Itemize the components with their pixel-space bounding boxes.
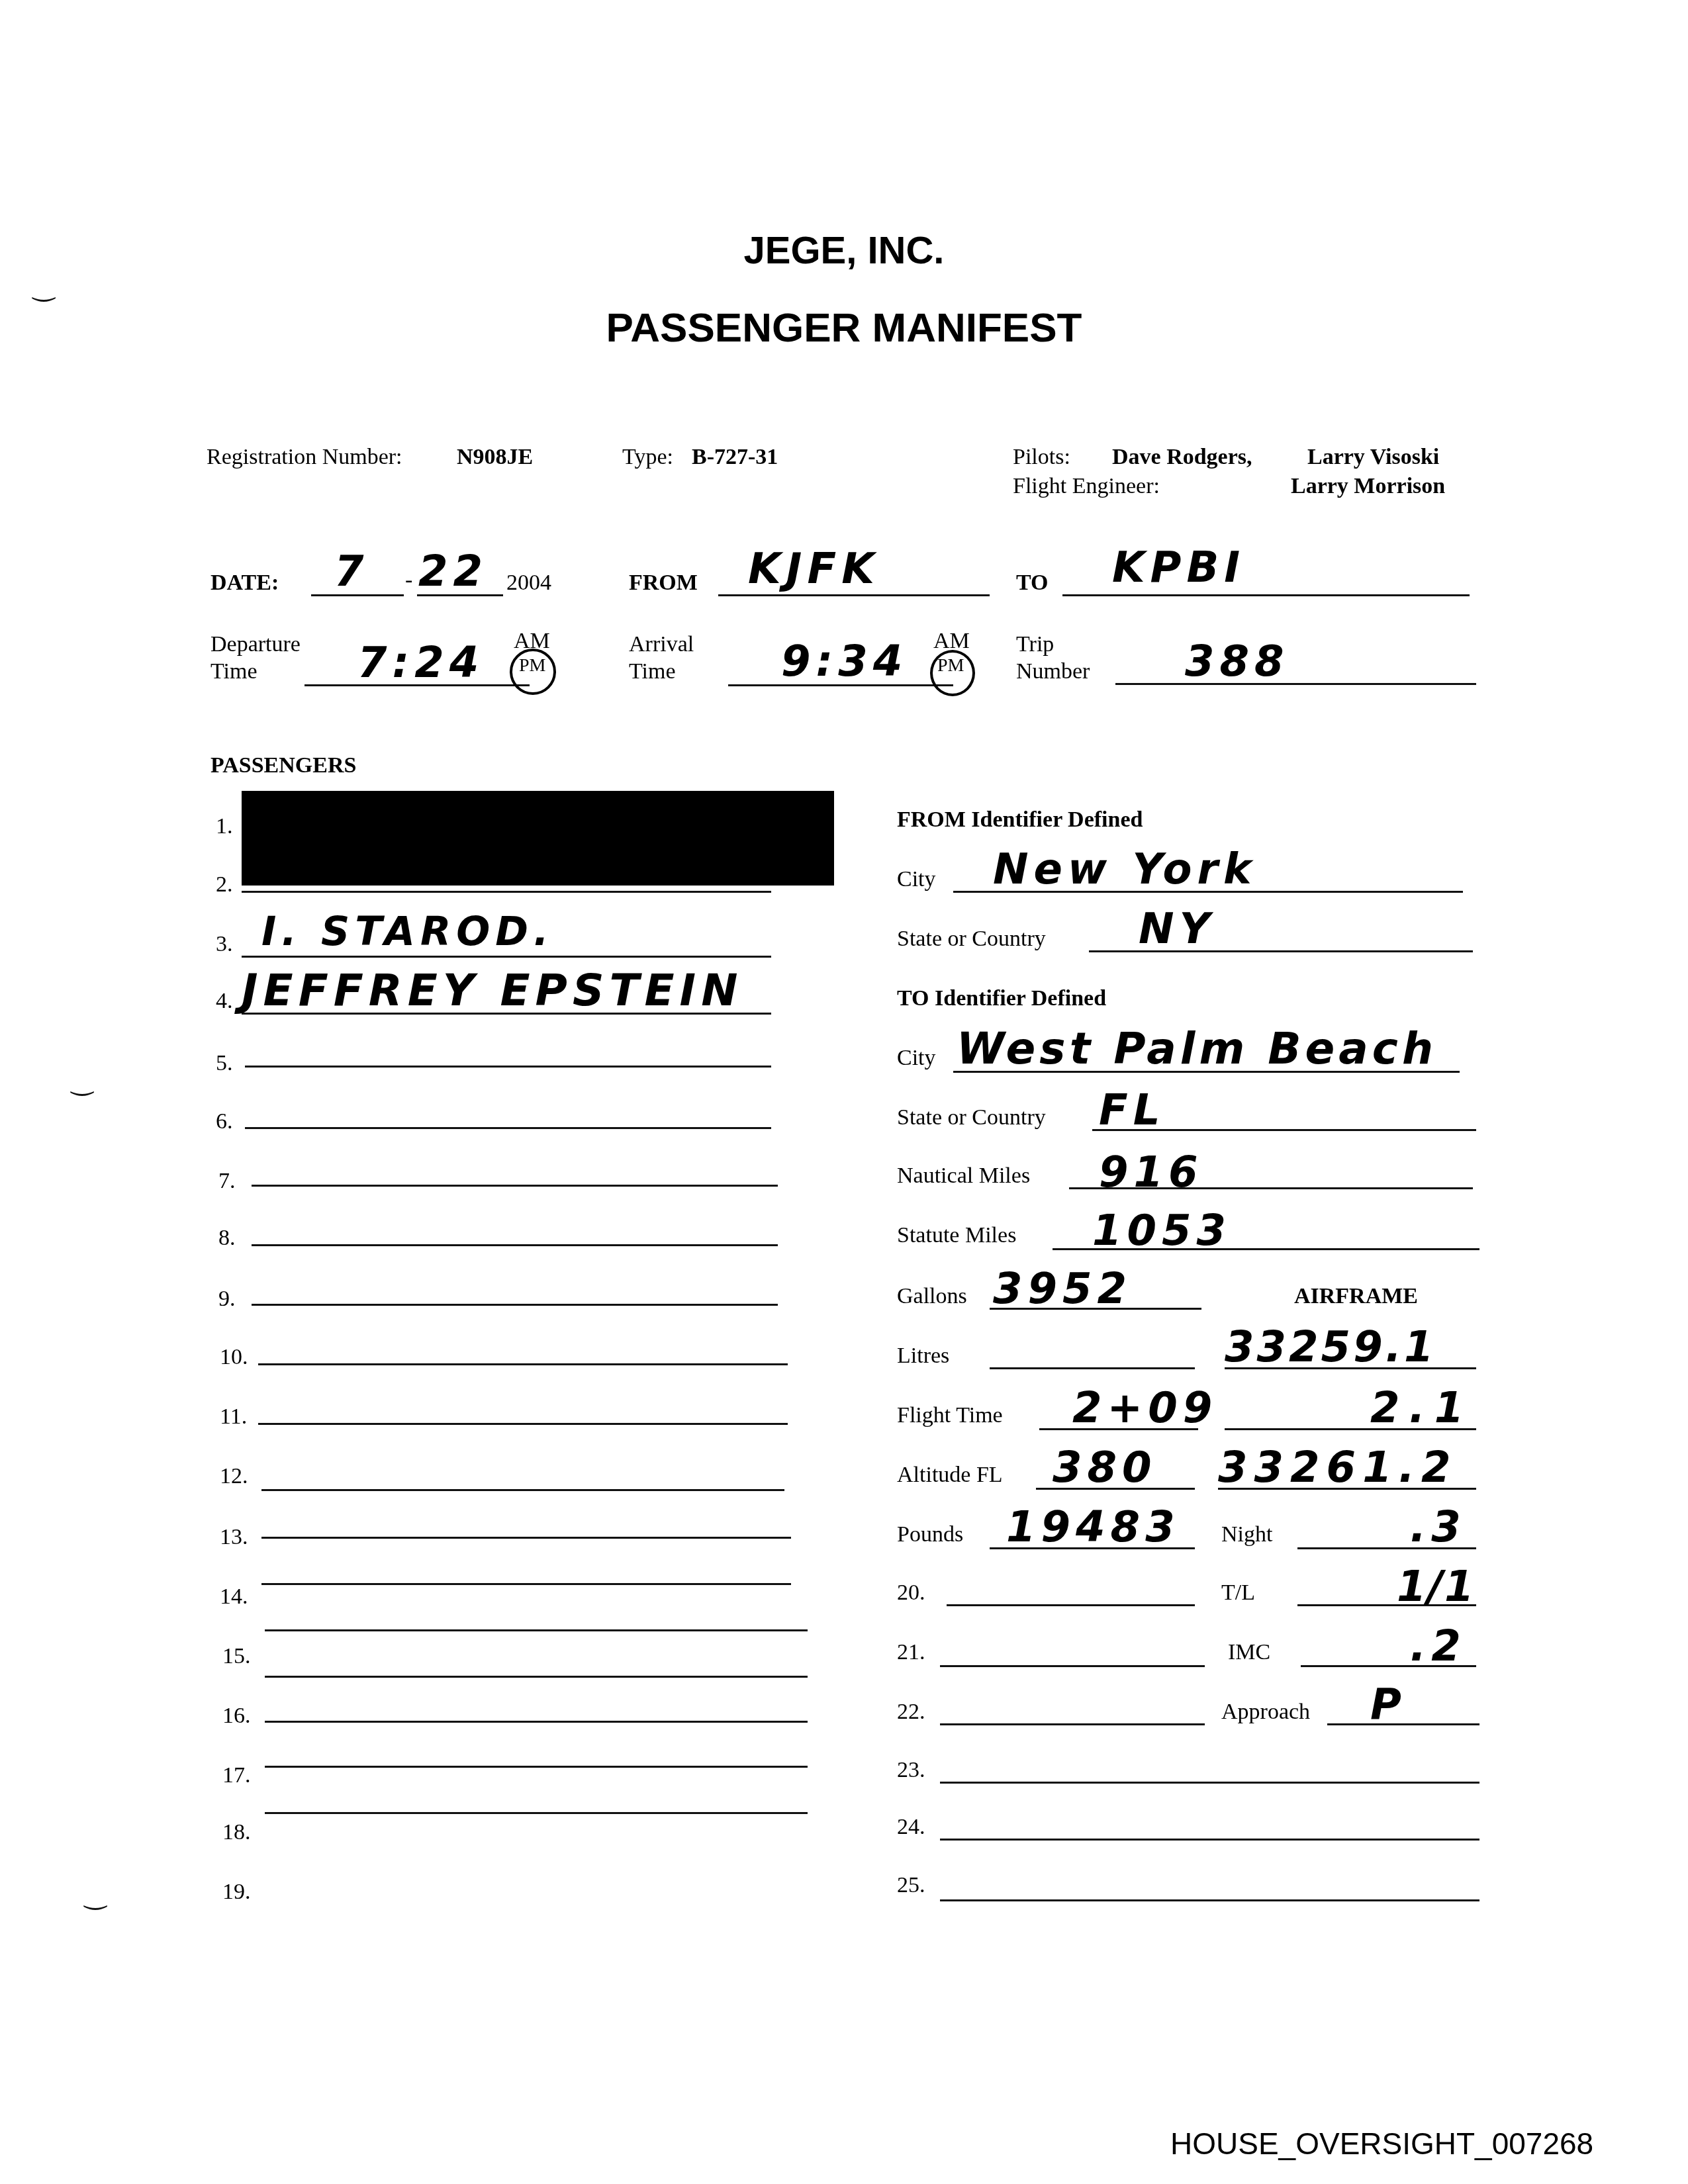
pilots-label: Pilots:: [1013, 445, 1070, 470]
redaction-box: [242, 791, 834, 886]
pilot-1: Dave Rodgers,: [1112, 445, 1252, 470]
engineer-value: Larry Morrison: [1291, 474, 1445, 499]
scan-mark: ‿: [85, 1880, 106, 1911]
arrival-label-2: Time: [629, 659, 676, 684]
statute-miles-value[interactable]: 1053: [1092, 1210, 1231, 1252]
to-state-value[interactable]: FL: [1099, 1089, 1166, 1132]
passenger-line-10[interactable]: [258, 1363, 788, 1365]
passenger-line-13[interactable]: [261, 1537, 791, 1539]
litres-label: Litres: [897, 1343, 949, 1369]
extra-number: 24.: [897, 1815, 925, 1840]
passenger-line-11[interactable]: [258, 1423, 788, 1425]
departure-label-2: Time: [211, 659, 258, 684]
altitude-value[interactable]: 380: [1053, 1447, 1157, 1489]
passenger-number: 11.: [220, 1404, 247, 1430]
from-state-label: State or Country: [897, 927, 1046, 952]
passenger-line-15[interactable]: [265, 1629, 808, 1631]
passenger-line-8[interactable]: [252, 1244, 778, 1246]
passenger-number: 1.: [216, 814, 233, 839]
passenger-3-name[interactable]: I. STAROD.: [261, 912, 554, 952]
passenger-line-6[interactable]: [245, 1127, 771, 1129]
extra-number: 20.: [897, 1580, 925, 1606]
approach-label: Approach: [1221, 1700, 1310, 1725]
registration-label: Registration Number:: [207, 445, 402, 470]
to-label: TO: [1016, 570, 1049, 596]
airframe-end-value[interactable]: 33261.2: [1218, 1447, 1458, 1489]
passenger-line-14[interactable]: [261, 1583, 791, 1585]
date-separator: -: [405, 568, 412, 593]
passenger-line-12[interactable]: [261, 1489, 784, 1491]
passenger-number: 4.: [216, 989, 233, 1014]
passenger-line-16[interactable]: [265, 1676, 808, 1678]
gallons-label: Gallons: [897, 1284, 967, 1309]
imc-label: IMC: [1228, 1640, 1270, 1665]
to-city-label: City: [897, 1046, 936, 1071]
extra-line-25[interactable]: [940, 1899, 1479, 1901]
passenger-line-18[interactable]: [265, 1766, 808, 1768]
passenger-number: 16.: [222, 1704, 251, 1729]
extra-number: 22.: [897, 1700, 925, 1725]
passenger-number: 17.: [222, 1763, 251, 1788]
from-label: FROM: [629, 570, 698, 596]
litres-field[interactable]: [990, 1367, 1195, 1369]
imc-value[interactable]: .2: [1410, 1625, 1466, 1668]
flight-time-label: Flight Time: [897, 1403, 1003, 1428]
extra-line-22[interactable]: [940, 1723, 1205, 1725]
passenger-number: 14.: [220, 1584, 248, 1610]
nautical-miles-label: Nautical Miles: [897, 1163, 1030, 1189]
passenger-line-17[interactable]: [265, 1721, 808, 1723]
extra-number: 23.: [897, 1758, 925, 1783]
extra-line-20[interactable]: [947, 1604, 1195, 1606]
night-label: Night: [1221, 1522, 1272, 1547]
passenger-number: 18.: [222, 1820, 251, 1845]
arrival-label-1: Arrival: [629, 632, 694, 657]
extra-line-23[interactable]: [940, 1782, 1479, 1784]
pounds-label: Pounds: [897, 1522, 963, 1547]
from-identifier-heading: FROM Identifier Defined: [897, 807, 1143, 833]
extra-line-24[interactable]: [940, 1839, 1479, 1841]
passenger-number: 10.: [220, 1345, 248, 1370]
passenger-number: 5.: [216, 1051, 233, 1076]
passenger-number: 15.: [222, 1644, 251, 1669]
passenger-number: 3.: [216, 932, 233, 957]
from-city-label: City: [897, 867, 936, 892]
to-state-label: State or Country: [897, 1105, 1046, 1130]
pounds-value[interactable]: 19483: [1006, 1506, 1180, 1549]
to-city-value[interactable]: West Palm Beach: [957, 1027, 1437, 1071]
company-name: JEGE, INC.: [0, 228, 1688, 273]
passenger-number: 7.: [218, 1169, 236, 1194]
airframe-heading: AIRFRAME: [1294, 1284, 1418, 1309]
type-value: B-727-31: [692, 445, 778, 470]
trip-number[interactable]: 388: [1185, 641, 1289, 683]
gallons-value[interactable]: 3952: [993, 1268, 1132, 1310]
altitude-label: Altitude FL: [897, 1463, 1003, 1488]
passenger-number: 19.: [222, 1880, 251, 1905]
arrival-pm-selected-circle: [930, 650, 975, 696]
scan-mark: ‿: [33, 271, 54, 302]
approach-value[interactable]: P: [1370, 1684, 1407, 1726]
from-city-value[interactable]: New York: [993, 848, 1257, 891]
passenger-line-7[interactable]: [252, 1185, 778, 1187]
nautical-miles-value[interactable]: 916: [1099, 1152, 1203, 1194]
passenger-number: 8.: [218, 1226, 236, 1251]
extra-number: 21.: [897, 1640, 925, 1665]
airframe-time-value[interactable]: 2.1: [1370, 1387, 1473, 1430]
passenger-number: 2.: [216, 872, 233, 897]
departure-pm-selected-circle: [510, 649, 556, 695]
date-month[interactable]: 7: [334, 551, 369, 593]
tl-value[interactable]: 1/1: [1397, 1566, 1475, 1608]
bates-number: HOUSE_OVERSIGHT_007268: [1170, 2126, 1593, 2161]
passenger-line-9[interactable]: [252, 1304, 778, 1306]
passenger-number: 6.: [216, 1109, 233, 1134]
passenger-4-name[interactable]: JEFFREY EPSTEIN: [242, 969, 743, 1013]
to-identifier-heading: TO Identifier Defined: [897, 986, 1106, 1011]
passenger-number: 12.: [220, 1464, 248, 1489]
flight-time-value[interactable]: 2+09: [1072, 1387, 1217, 1430]
type-label: Type:: [622, 445, 673, 470]
departure-label-1: Departure: [211, 632, 301, 657]
night-value[interactable]: .3: [1410, 1506, 1466, 1549]
form-title: PASSENGER MANIFEST: [0, 304, 1688, 351]
pilot-2: Larry Visoski: [1307, 445, 1439, 470]
trip-label-2: Number: [1016, 659, 1090, 684]
trip-label-1: Trip: [1016, 632, 1054, 657]
passengers-heading: PASSENGERS: [211, 753, 356, 778]
date-year: 2004: [506, 570, 551, 596]
engineer-label: Flight Engineer:: [1013, 474, 1160, 499]
passenger-line-19[interactable]: [265, 1812, 808, 1814]
passenger-line-5[interactable]: [245, 1066, 771, 1068]
scan-mark: ‿: [71, 1066, 93, 1097]
extra-number: 25.: [897, 1873, 925, 1898]
date-label: DATE:: [211, 570, 279, 596]
from-state-value[interactable]: NY: [1139, 908, 1215, 950]
arrival-time[interactable]: 9:34: [781, 641, 908, 683]
passenger-number: 9.: [218, 1287, 236, 1312]
from-value[interactable]: KJFK: [748, 548, 880, 590]
departure-time[interactable]: 7:24: [357, 642, 484, 684]
registration-value: N908JE: [457, 445, 533, 470]
airframe-start-value[interactable]: 33259.1: [1225, 1326, 1436, 1369]
tl-label: T/L: [1221, 1580, 1255, 1606]
statute-miles-label: Statute Miles: [897, 1223, 1016, 1248]
extra-line-21[interactable]: [940, 1665, 1205, 1667]
passenger-number: 13.: [220, 1525, 248, 1550]
date-day[interactable]: 22: [418, 551, 488, 593]
to-value[interactable]: KPBI: [1112, 547, 1245, 589]
